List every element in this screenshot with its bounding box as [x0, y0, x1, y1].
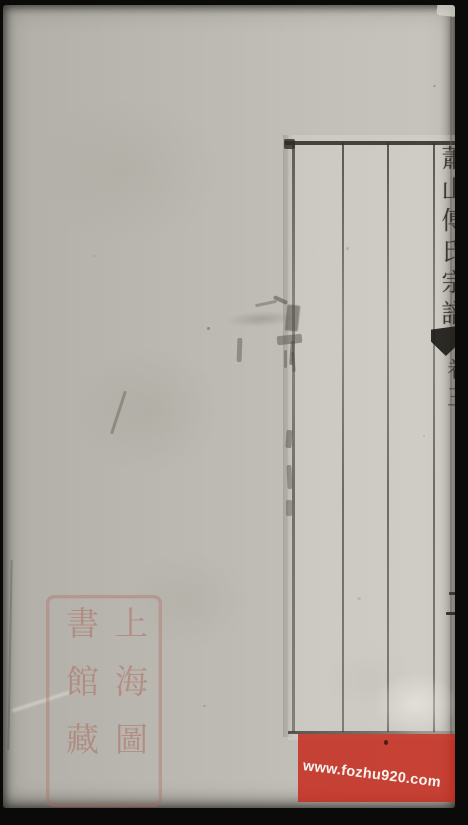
ink-blotch [285, 430, 292, 448]
ink-smudge [284, 350, 287, 368]
column-rule-line [292, 143, 295, 732]
paper-fiber [110, 391, 127, 435]
library-seal: 上海圖 書館藏 [46, 595, 162, 807]
spine-title: 蕭山傅氏宗譜 [438, 145, 455, 333]
dust-speck [384, 740, 388, 745]
ink-blotch [286, 500, 292, 516]
binding-crease [7, 560, 12, 750]
ink-dot [207, 327, 210, 330]
scanned-book-page: 蕭山傅氏宗譜 卷三 上海圖 書館藏 www.fozhu920.com [0, 0, 468, 825]
top-frame-rule [285, 141, 455, 145]
paper-stain [33, 95, 223, 245]
ink-smudge [255, 300, 277, 308]
page-number-stroke [446, 612, 455, 615]
page-number-stroke [449, 592, 455, 595]
paper-sheet: 蕭山傅氏宗譜 卷三 上海圖 書館藏 www.fozhu920.com [3, 5, 455, 808]
watermark-band: www.fozhu920.com [298, 734, 455, 802]
page-number-mark [446, 590, 455, 616]
torn-corner [436, 5, 455, 17]
volume-label: 卷三 [440, 357, 455, 432]
ruled-leaf [288, 135, 455, 740]
dust-speck [93, 255, 95, 257]
paper-stain [73, 345, 223, 475]
column-rule-line [342, 143, 344, 732]
ink-smudge [237, 338, 243, 362]
seal-text-right-column: 上海圖 [106, 606, 153, 801]
dust-speck [433, 85, 436, 87]
dust-speck [203, 705, 206, 707]
ink-smudge [285, 304, 301, 331]
column-rule-line [387, 143, 389, 732]
seal-text-left-column: 書館藏 [57, 606, 104, 801]
watermark-url: www.fozhu920.com [302, 758, 453, 792]
